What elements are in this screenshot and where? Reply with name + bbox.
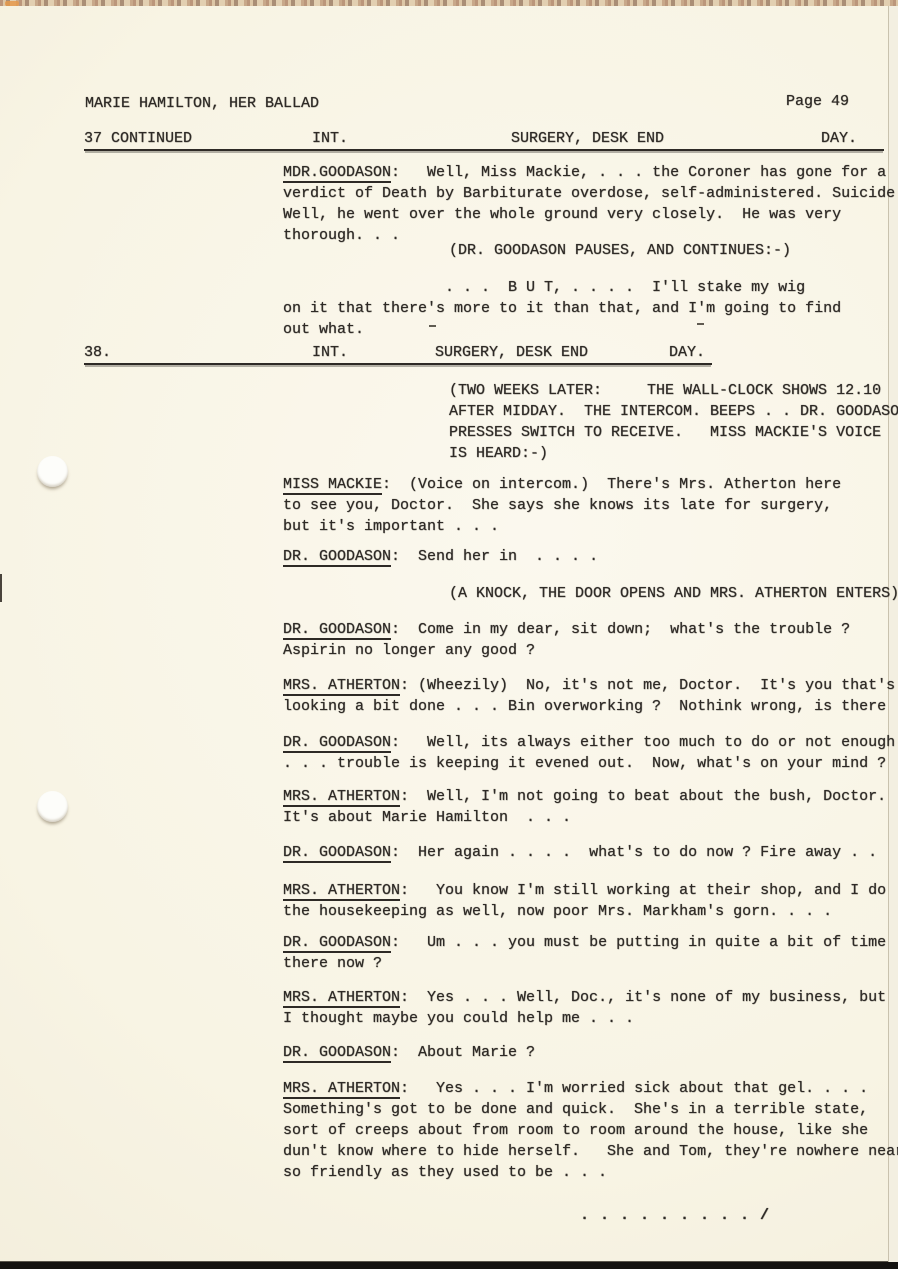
speaker-name: DR. GOODASON [283,621,391,640]
dialogue-block: MRS. ATHERTON: Yes . . . I'm worried sic… [283,1078,898,1183]
speaker-name: MRS. ATHERTON [283,882,400,901]
dialogue-text: : Her again . . . . what's to do now ? F… [391,844,877,861]
scene-time: DAY. [669,342,705,363]
scene-location: SURGERY, DESK END [511,128,664,149]
scan-artifact [5,1,19,6]
dialogue-block: MRS. ATHERTON: Yes . . . Well, Doc., it'… [283,987,886,1029]
dialogue-block: MDR.GOODASON: Well, Miss Mackie, . . . t… [283,162,895,246]
speaker-name: MDR.GOODASON [283,164,391,183]
scanned-script-page: MARIE HAMILTON, HER BALLAD Page 49 37 CO… [0,0,898,1269]
speaker-name: DR. GOODASON [283,934,391,953]
speaker-name: DR. GOODASON [283,734,391,753]
scene-location: SURGERY, DESK END [435,342,588,363]
scene-time: DAY. [821,128,857,149]
scene-int-ext: INT. [312,128,348,149]
page-number: Page 49 [786,91,849,112]
speaker-name: MRS. ATHERTON [283,677,400,696]
dialogue-block: MRS. ATHERTON: Well, I'm not going to be… [283,786,886,828]
bottom-scan-edge [0,1262,898,1269]
top-scan-edge [0,0,898,6]
scene-heading-38: 38. INT. SURGERY, DESK END DAY. [84,342,712,365]
dialogue-text: : Send her in . . . . [391,548,598,565]
scene-number: 38. [84,342,111,363]
speaker-name: MRS. ATHERTON [283,788,400,807]
speaker-name: DR. GOODASON [283,1044,391,1063]
scene-number: 37 CONTINUED [84,128,192,149]
dialogue-block: MRS. ATHERTON: (Wheezily) No, it's not m… [283,675,895,717]
scene-heading-37: 37 CONTINUED INT. SURGERY, DESK END DAY. [84,128,884,151]
hole-punch-bottom [37,791,68,822]
speaker-name: DR. GOODASON [283,844,391,863]
speaker-name: MRS. ATHERTON [283,1080,400,1099]
dialogue-block: DR. GOODASON: Her again . . . . what's t… [283,842,877,863]
dialogue-block: DR. GOODASON: Um . . . you must be putti… [283,932,886,974]
stage-direction: (TWO WEEKS LATER: THE WALL-CLOCK SHOWS 1… [449,380,898,464]
stage-direction: (A KNOCK, THE DOOR OPENS AND MRS. ATHERT… [449,583,898,604]
hole-punch-top [37,456,68,487]
dialogue-block: DR. GOODASON: Send her in . . . . [283,546,598,567]
script-title: MARIE HAMILTON, HER BALLAD [85,93,319,114]
speaker-name: MISS MACKIE [283,476,382,495]
dialogue-text: . . . B U T, . . . . I'll stake my wig o… [283,277,841,340]
dialogue-block: MISS MACKIE: (Voice on intercom.) There'… [283,474,841,537]
stage-direction: (DR. GOODASON PAUSES, AND CONTINUES:-) [449,240,791,261]
scene-int-ext: INT. [312,342,348,363]
dialogue-block: DR. GOODASON: About Marie ? [283,1042,535,1063]
speaker-name: MRS. ATHERTON [283,989,400,1008]
dialogue-block: MRS. ATHERTON: You know I'm still workin… [283,880,886,922]
speaker-name: DR. GOODASON [283,548,391,567]
scan-artifact [0,574,2,602]
dialogue-block: DR. GOODASON: Come in my dear, sit down;… [283,619,850,661]
continuation-mark: . . . . . . . . . / [580,1205,770,1226]
dialogue-text: : About Marie ? [391,1044,535,1061]
dialogue-block: DR. GOODASON: Well, its always either to… [283,732,895,774]
